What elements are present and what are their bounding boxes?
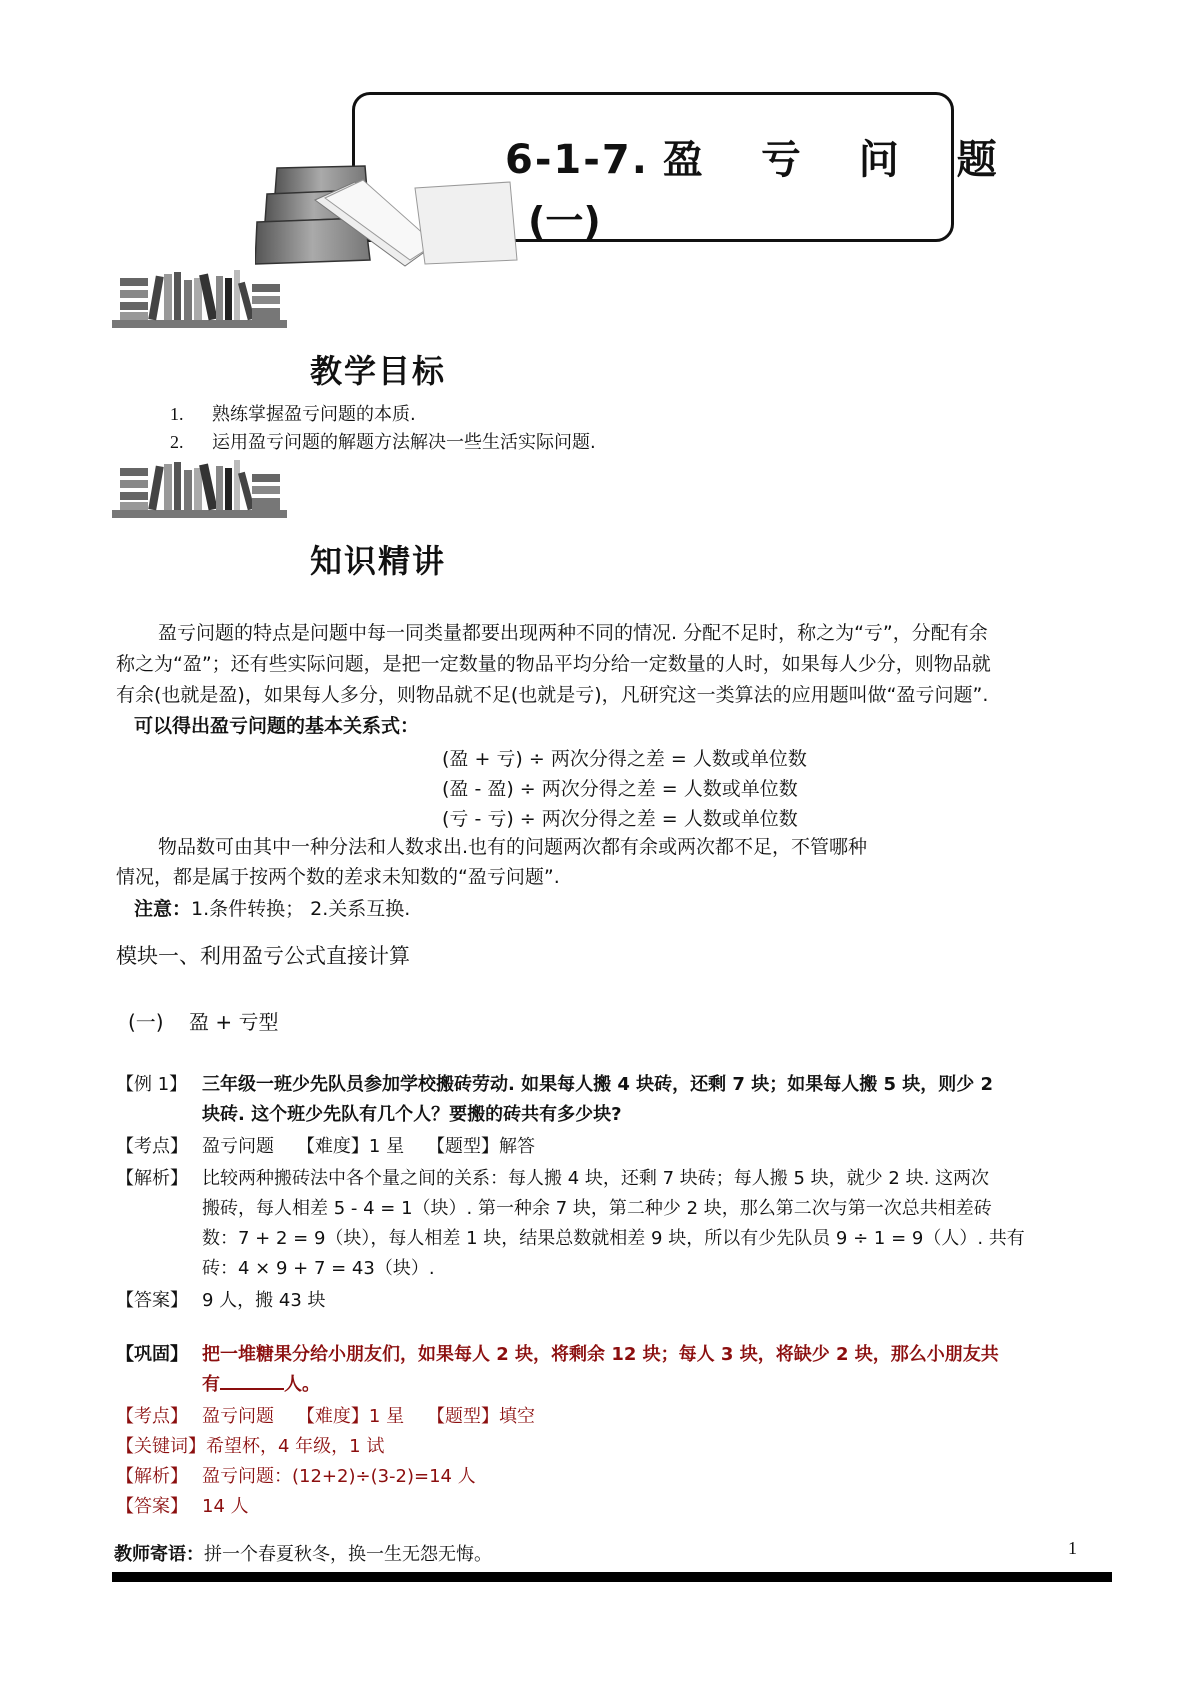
example-tag: 【例 1】 (116, 1070, 202, 1096)
bookshelf-divider-icon (112, 268, 287, 330)
consolidate-keywords: 【关键词】希望杯，4 年级，1 试 (116, 1432, 384, 1458)
bookshelf-divider-icon (112, 458, 287, 520)
subsection-title: (一) 盈 + 亏型 (128, 1006, 279, 1035)
paragraph-line: 情况，都是属于按两个数的差求未知数的“盈亏问题”. (116, 862, 560, 893)
example-analysis-cont: 数：7 + 2 = 9（块），每人相差 1 块，结果总数就相差 9 块，所以有少… (202, 1224, 1025, 1250)
lesson-subtitle: (一) (528, 190, 601, 245)
example-analysis: 【解析】比较两种搬砖法中各个量之间的关系：每人搬 4 块，还剩 7 块砖；每人搬… (116, 1164, 989, 1190)
lesson-title: 盈 亏 问 题 (663, 137, 1019, 183)
formula: (盈 - 盈) ÷ 两次分得之差 = 人数或单位数 (442, 774, 798, 801)
example-question: 【例 1】三年级一班少先队员参加学校搬砖劳动. 如果每人搬 4 块砖，还剩 7 … (116, 1070, 993, 1096)
section-title-knowledge: 知识精讲 (310, 536, 446, 582)
paragraph-line: 有余(也就是盈)，如果每人多分，则物品就不足(也就是亏)，凡研究这一类算法的应用… (116, 680, 988, 711)
example-analysis-cont: 砖：4 × 9 + 7 = 43（块）. (202, 1254, 435, 1280)
example-meta: 【考点】盈亏问题 【难度】1 星 【题型】解答 (116, 1132, 535, 1158)
consolidate-analysis: 【解析】盈亏问题：(12+2)÷(3-2)=14 人 (116, 1462, 476, 1488)
formula: (亏 - 亏) ÷ 两次分得之差 = 人数或单位数 (442, 804, 798, 831)
note: 注意：1.条件转换； 2.关系互换. (134, 894, 410, 925)
example-analysis-cont: 搬砖，每人相差 5 - 4 = 1（块）. 第一种余 7 块，第二种少 2 块，… (202, 1194, 992, 1220)
answer-blank (220, 1372, 284, 1390)
consolidate-question: 【巩固】把一堆糖果分给小朋友们，如果每人 2 块，将剩余 12 块；每人 3 块… (116, 1340, 999, 1366)
paragraph-line: 盈亏问题的特点是问题中每一同类量都要出现两种不同的情况. 分配不足时，称之为“亏… (158, 618, 988, 649)
paragraph-line: 称之为“盈”；还有些实际问题，是把一定数量的物品平均分给一定数量的人时，如果每人… (116, 649, 991, 680)
goal-item: 2.运用盈亏问题的解题方法解决一些生活实际问题. (170, 428, 596, 454)
relation-heading: 可以得出盈亏问题的基本关系式： (134, 711, 419, 742)
example-answer: 【答案】9 人，搬 43 块 (116, 1286, 326, 1312)
note-text: 1.条件转换； 2.关系互换. (191, 898, 410, 920)
example-question-cont: 块砖. 这个班少先队有几个人？要搬的砖共有多少块? (202, 1100, 622, 1126)
consolidate-meta: 【考点】盈亏问题 【难度】1 星 【题型】填空 (116, 1402, 535, 1428)
consolidate-answer: 【答案】14 人 (116, 1492, 249, 1518)
page-title: 6-1-7.盈 亏 问 题 (505, 128, 1019, 185)
consolidate-question-cont: 有人。 (202, 1370, 320, 1396)
module-title: 模块一、利用盈亏公式直接计算 (116, 940, 410, 970)
footer-motto: 教师寄语：拼一个春夏秋冬，换一生无怨无悔。 (114, 1540, 492, 1566)
goal-item: 1.熟练掌握盈亏问题的本质. (170, 400, 416, 426)
page-number: 1 (1068, 1538, 1077, 1559)
lesson-number: 6-1-7. (505, 137, 649, 183)
formula: (盈 + 亏) ÷ 两次分得之差 = 人数或单位数 (442, 744, 807, 771)
section-title-goals: 教学目标 (310, 346, 446, 392)
note-label: 注意： (134, 898, 191, 920)
consolidate-tag: 【巩固】 (116, 1340, 202, 1366)
books-illustration-icon (255, 160, 520, 270)
footer-rule (112, 1572, 1112, 1582)
paragraph-line: 物品数可由其中一种分法和人数求出.也有的问题两次都有余或两次都不足，不管哪种 (158, 832, 867, 863)
